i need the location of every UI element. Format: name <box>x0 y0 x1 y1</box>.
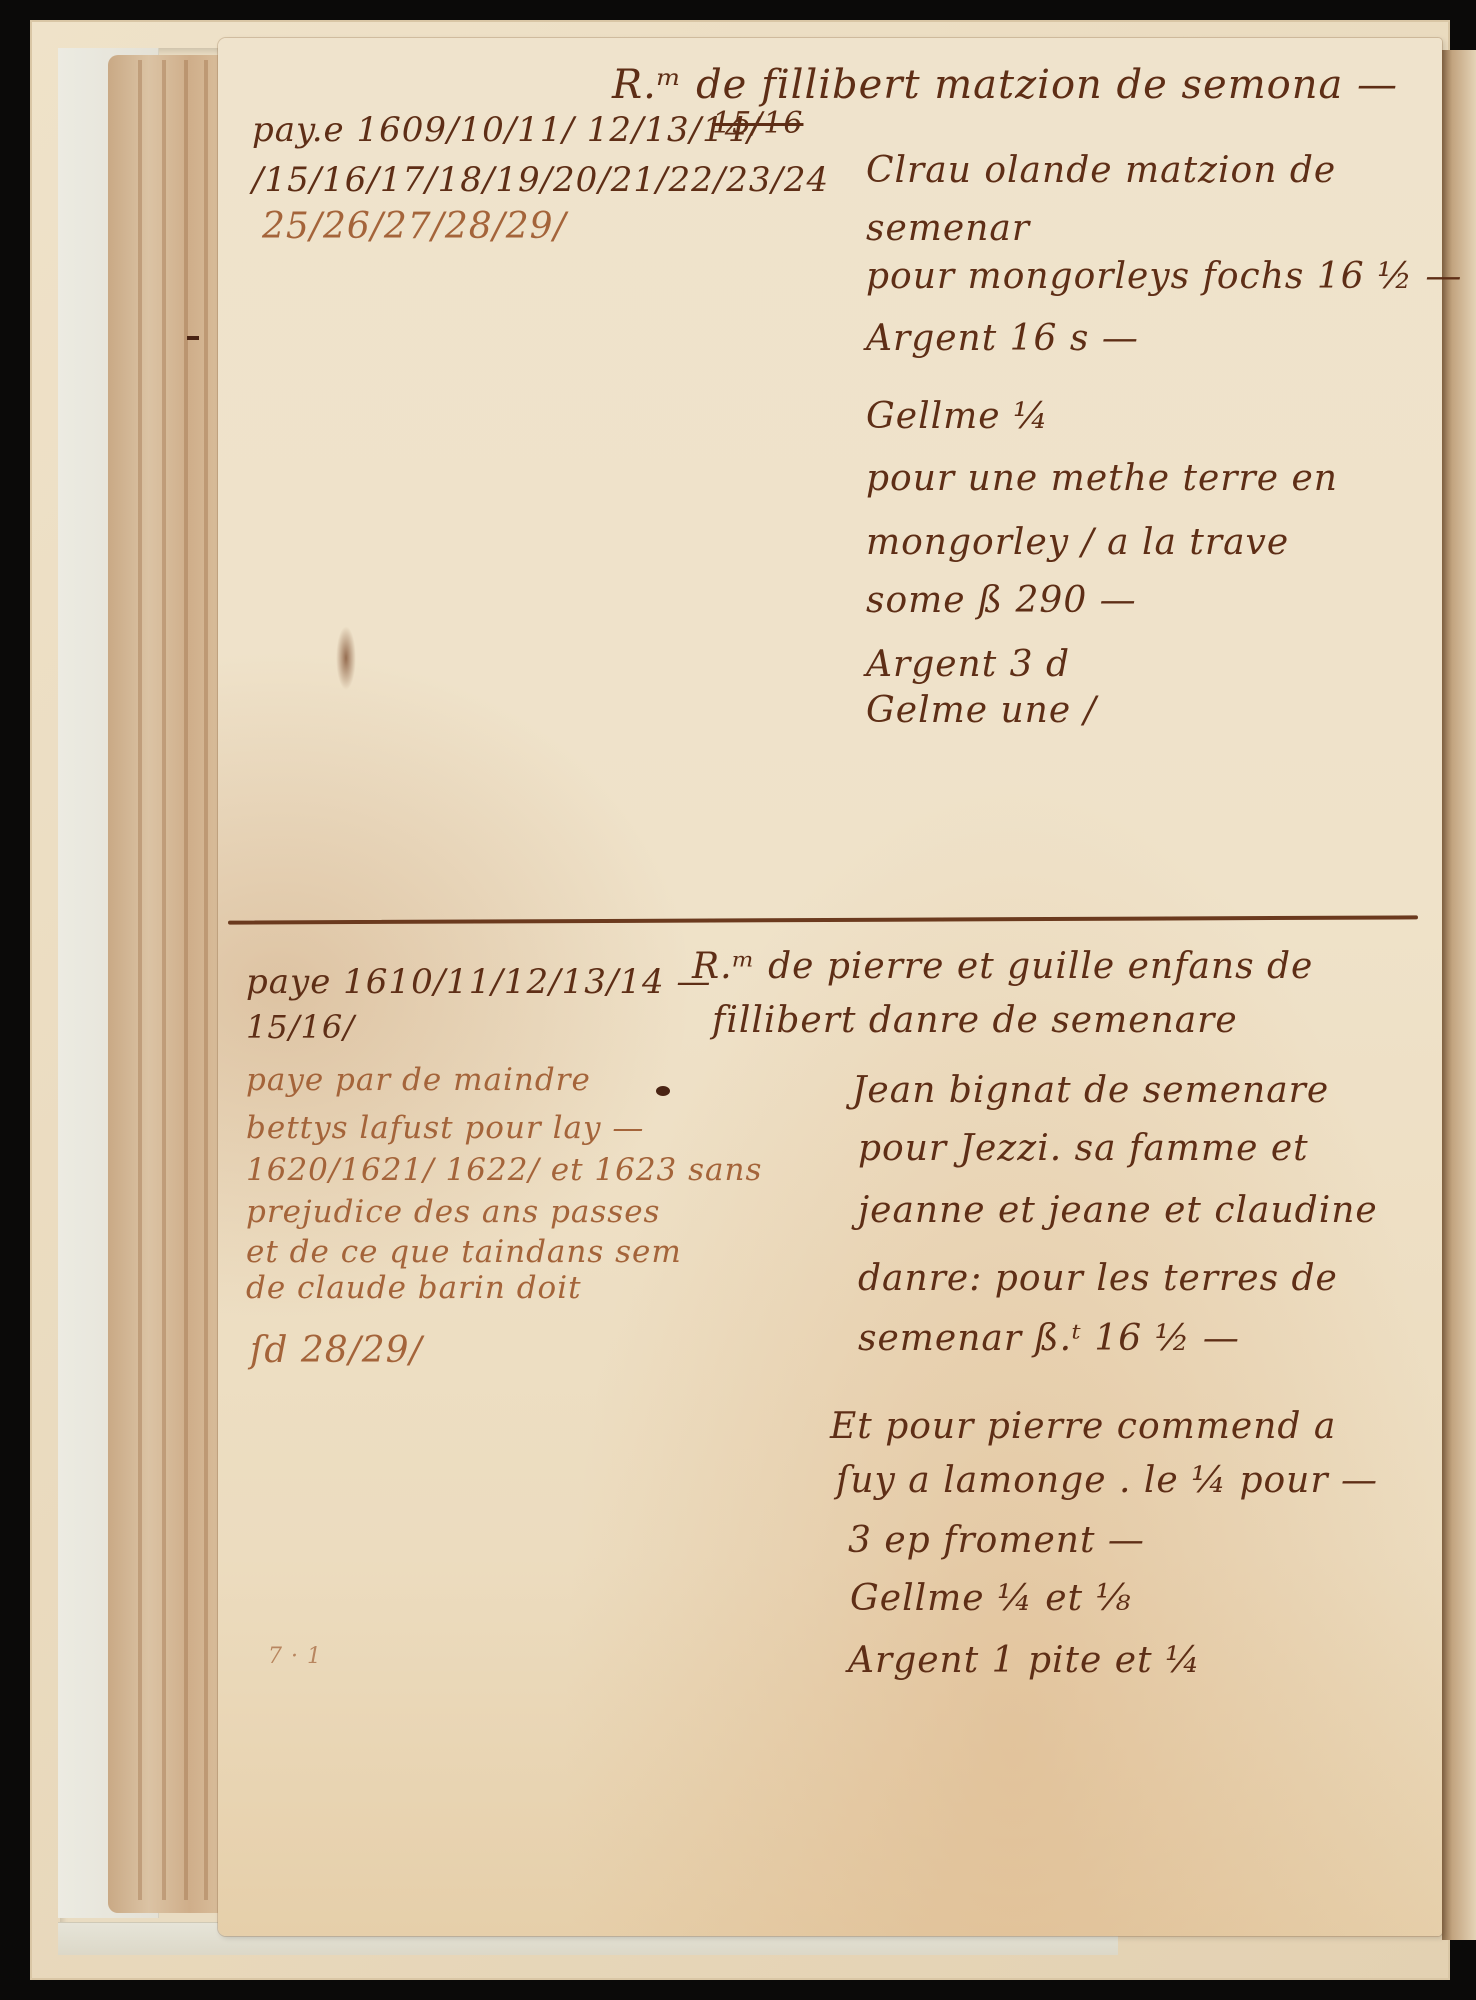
page-stack-edge <box>204 60 208 1900</box>
folio-mark: 7 · 1 <box>268 1644 322 1669</box>
ink-smudge <box>336 626 356 690</box>
marginal-note-line: 1620/1621/ 1622/ et 1623 sans <box>246 1152 762 1188</box>
entry-2-line: pour Jezzi. sa famme et <box>858 1128 1309 1169</box>
page-stack-edge <box>162 60 166 1900</box>
entry-1-line: Gelme une / <box>866 690 1097 731</box>
entry-1-line: pour une methe terre en <box>866 458 1338 499</box>
marginal-note-line: prejudice des ans passes <box>246 1194 660 1230</box>
entry-1-line: semenar <box>866 208 1030 249</box>
entry-1-line: Argent 3 d <box>866 644 1070 685</box>
entry-2-line: ſuy a lamonge . le ¼ pour — <box>836 1460 1378 1501</box>
entry-1-years-line-1: pay.e 1609/10/11/ 12/13/14/ <box>252 110 760 150</box>
marginal-note-line: paye par de maindre <box>246 1062 591 1098</box>
page-stack-edge <box>138 60 142 1900</box>
entry-1-line: pour mongorleys fochs 16 ½ — <box>866 256 1462 297</box>
marginal-note-line: de claude barin doit <box>246 1270 582 1306</box>
entry-1-line: Argent 16 s — <box>866 318 1139 359</box>
entry-1-line: some ß 290 — <box>866 580 1137 621</box>
entry-1-line: mongorley / a la trave <box>866 522 1289 563</box>
entry-1-years-line-2: /15/16/17/18/19/20/21/22/23/24 <box>252 160 829 200</box>
entry-2-years-line-1: paye 1610/11/12/13/14 — <box>246 962 711 1002</box>
entry-2-line: Et pour pierre commend a <box>830 1406 1336 1447</box>
facing-page-edge <box>1442 50 1476 1940</box>
entry-1-line: Clrau olande matzion de <box>866 150 1336 191</box>
entry-2-line: Gellme ¼ et ⅛ <box>850 1578 1131 1619</box>
marginal-years: ſd 28/29/ <box>250 1330 423 1371</box>
entry-2-line: danre: pour les terres de <box>858 1258 1338 1299</box>
entry-2-heading-line-1: R.ᵐ de pierre et guille enfans de <box>692 946 1313 987</box>
entry-1-heading: R.ᵐ de fillibert matzion de semona — <box>612 62 1398 108</box>
entry-1-line: Gellme ¼ <box>866 396 1049 437</box>
entry-1-years-struck: 15/16 <box>712 106 803 141</box>
entry-2-years-line-2: 15/16/ <box>246 1008 355 1046</box>
entry-2-heading-line-2: fillibert danre de semenare <box>712 1000 1238 1041</box>
ink-mark <box>187 336 199 340</box>
ink-blot <box>656 1086 670 1096</box>
entry-1-years-line-3: 25/26/27/28/29/ <box>262 206 567 247</box>
entry-2-line: Jean bignat de semenare <box>852 1070 1329 1111</box>
entry-2-line: jeanne et jeane et claudine <box>858 1190 1378 1231</box>
entry-2-line: 3 ep froment — <box>848 1520 1145 1561</box>
entry-2-line: Argent 1 pite et ¼ <box>848 1640 1201 1681</box>
marginal-note-line: et de ce que taindans sem <box>246 1234 682 1270</box>
entry-2-line: semenar ß.ᵗ 16 ½ — <box>858 1318 1240 1359</box>
marginal-note-line: bettys lafust pour lay — <box>246 1110 644 1146</box>
